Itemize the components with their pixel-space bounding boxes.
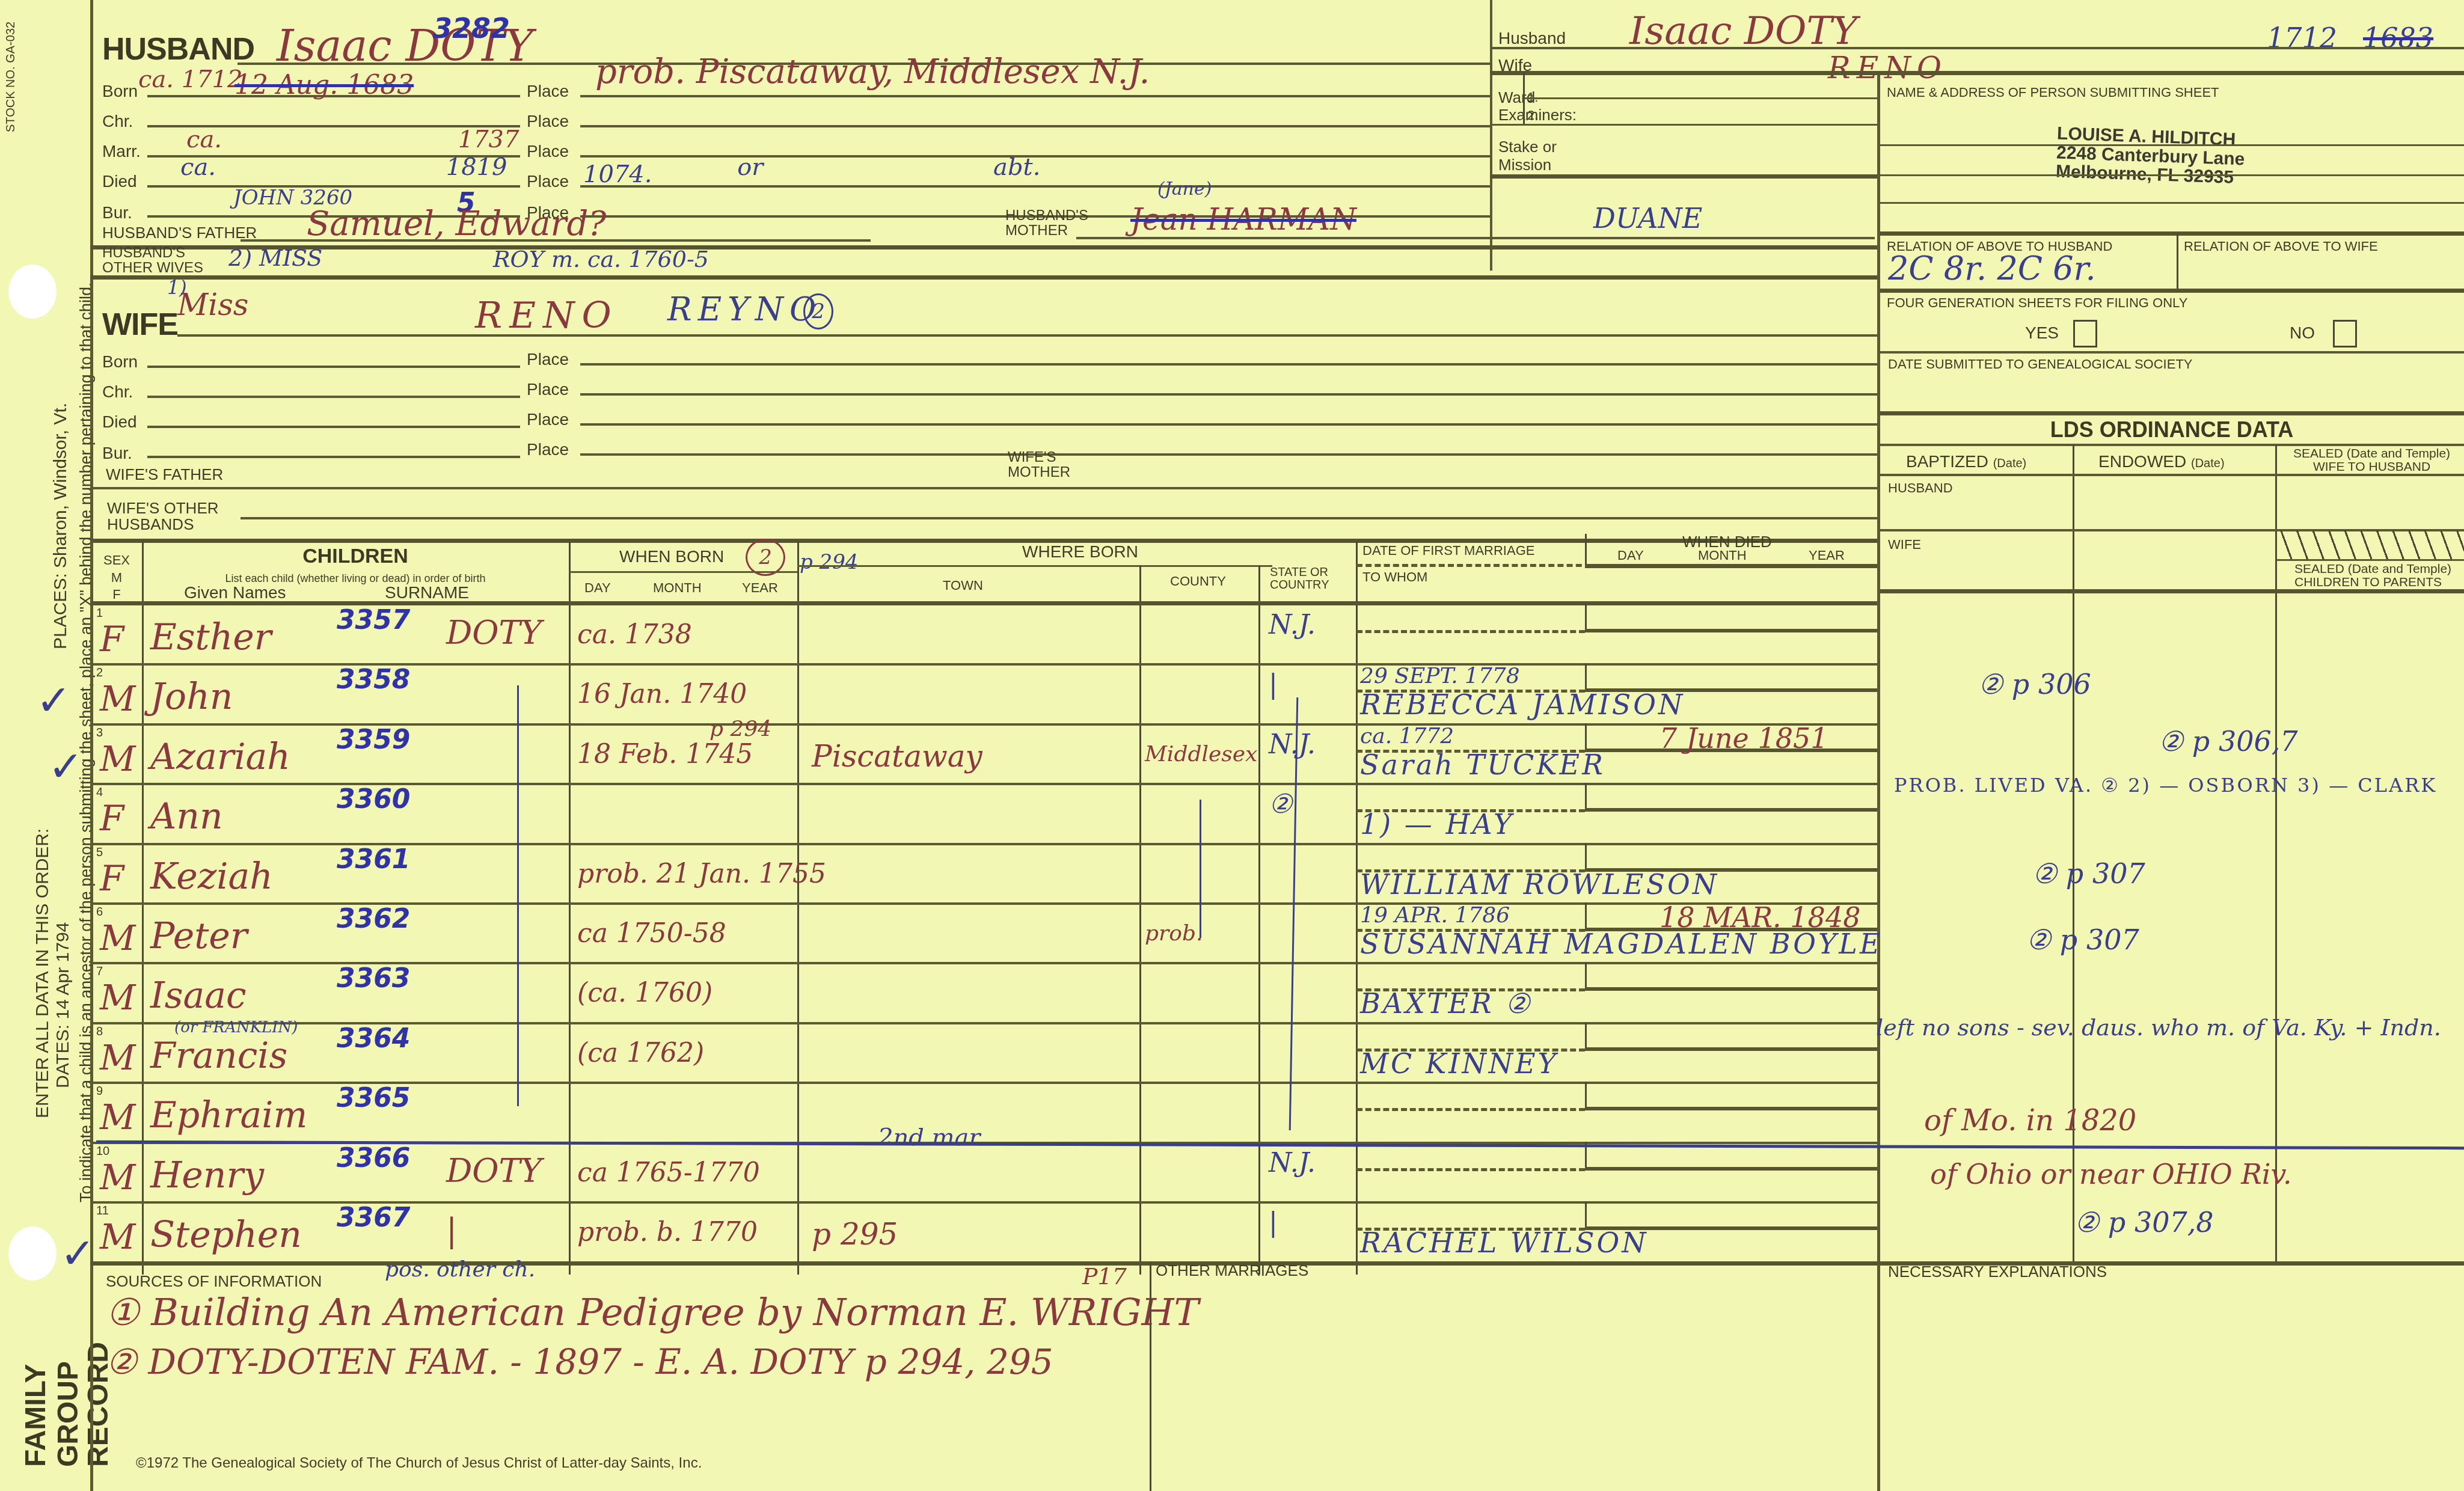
husband-mother-annotation: (Jane) [1157, 180, 1212, 198]
lds-note-7: left no sons - sev. daus. who m. of Va. … [1876, 1016, 2441, 1039]
line [1880, 351, 2464, 354]
child-given-name[interactable]: Isaac [150, 978, 247, 1014]
wife-name-prefix[interactable]: Miss [177, 290, 249, 320]
child-birth-date[interactable]: ca 1750-58 [577, 920, 726, 947]
child-birth-state[interactable]: N.J. [1269, 1150, 1316, 1177]
line [1524, 97, 1877, 99]
line [1139, 565, 1141, 1275]
yes-label: YES [2025, 325, 2059, 341]
child-spouse[interactable]: RACHEL WILSON [1360, 1229, 1648, 1257]
child-birth-date[interactable]: prob. 21 Jan. 1755 [577, 861, 826, 887]
died-day-label: DAY [1617, 548, 1644, 562]
place-label: Place [527, 113, 569, 130]
line [1490, 237, 1875, 239]
divider [1585, 564, 1877, 568]
child-id[interactable]: 3358 [337, 664, 410, 695]
row-number: 7 [96, 966, 103, 978]
child-spouse[interactable]: SUSANNAH MAGDALEN BOYLE [1360, 930, 1883, 958]
child-spouse[interactable]: Sarah TUCKER [1360, 751, 1605, 779]
husband-other-wives[interactable]: 2) MISS [228, 246, 322, 269]
child-birth-county[interactable]: Middlesex [1145, 744, 1257, 765]
form-title-2: GROUP [52, 1361, 85, 1467]
child-birth-state[interactable]: N.J. [1269, 612, 1316, 638]
row-number: 3 [96, 727, 103, 739]
sealed-wife-label: SEALED (Date and Temple) WIFE TO HUSBAND [2293, 447, 2450, 474]
child-sex[interactable]: M [100, 1219, 135, 1254]
examiner-2[interactable]: 2. [1527, 108, 1538, 122]
child-spouse[interactable]: REBECCA JAMISON [1360, 691, 1685, 718]
line [1880, 144, 2464, 146]
place-label: Place [527, 411, 569, 428]
line [2073, 445, 2074, 1263]
child-spouse[interactable]: WILLIAM ROWLESON [1360, 871, 1719, 898]
line [569, 541, 571, 1275]
died-divider [1585, 962, 1587, 990]
child-birth-state[interactable]: ② [1269, 791, 1292, 818]
child-sex[interactable]: M [100, 1100, 135, 1134]
baptized-label: BAPTIZED (Date) [1906, 453, 2026, 470]
child-birth-date[interactable]: prob. b. 1770 [577, 1219, 758, 1246]
bracket-line [1200, 800, 1201, 938]
wife-name[interactable]: RENO [475, 298, 619, 334]
line [2177, 233, 2178, 289]
sex-header: SEX M F [103, 552, 130, 604]
child-spouse[interactable]: BAXTER ② [1360, 990, 1533, 1017]
husband-father[interactable]: Samuel, Edward? [307, 207, 606, 241]
line [1258, 565, 1260, 1275]
child-spouse[interactable]: 1) — HAY [1360, 810, 1514, 838]
wife-chr-label: Chr. [102, 384, 133, 400]
line [1490, 124, 1877, 126]
child-id[interactable]: 3367 [337, 1202, 410, 1233]
child-given-name[interactable]: Esther [150, 619, 272, 655]
wife-bur-label: Bur. [102, 445, 132, 462]
row-number: 4 [96, 786, 103, 799]
lds-note-10: ② p 307,8 [2074, 1208, 2214, 1236]
right-husband-label: Husband [1498, 30, 1566, 47]
line [1880, 174, 2464, 176]
line [580, 185, 1490, 188]
lds-note-2: ② p 306,7 [2159, 727, 2298, 755]
husband-other-wives-label: HUSBAND'S OTHER WIVES [102, 245, 203, 275]
line [1076, 237, 1490, 239]
column-border [1877, 72, 1880, 1491]
right-husband-value[interactable]: Isaac DOTY [1629, 12, 1857, 51]
line [142, 541, 144, 1275]
place-label: Place [527, 83, 569, 100]
child-id[interactable]: 3357 [337, 605, 410, 635]
died-divider [1585, 843, 1587, 871]
frame-border [90, 0, 93, 1491]
line [1490, 47, 2464, 49]
line [580, 423, 1877, 426]
marriage-divider [1356, 1108, 1585, 1111]
wife-other-husbands-label: WIFE'S OTHER HUSBANDS [107, 500, 219, 533]
relation-wife-label: RELATION OF ABOVE TO WIFE [2184, 239, 2378, 253]
divider [1880, 231, 2464, 236]
when-born-page: p 294 [800, 552, 858, 572]
died-divider [1585, 902, 1587, 930]
margin-places: PLACES: Sharon, Windsor, Vt. [51, 403, 71, 649]
child-birth-state[interactable]: | [1269, 1210, 1278, 1236]
checkmark-icon: ✓ [48, 745, 84, 788]
line [797, 565, 1272, 567]
when-born-label: WHEN BORN [619, 548, 724, 565]
divider [1880, 589, 2464, 593]
wife-born-label: Born [102, 354, 138, 370]
line [1880, 202, 2464, 204]
where-born-label: WHERE BORN [1022, 543, 1138, 560]
submitter-label: NAME & ADDRESS OF PERSON SUBMITTING SHEE… [1887, 85, 2219, 99]
form-title: FAMILY [22, 1364, 51, 1467]
child-sex[interactable]: M [100, 681, 135, 716]
punch-hole [8, 1226, 57, 1281]
child-id[interactable]: 3359 [337, 724, 410, 755]
when-born-source: 2 [746, 539, 785, 576]
relation-husband-value[interactable]: 2C 8r. 2C 6r. [1888, 253, 2096, 285]
four-gen-label: FOUR GENERATION SHEETS FOR FILING ONLY [1887, 296, 2187, 310]
child-birth-date[interactable]: (ca. 1760) [577, 980, 713, 1006]
endowed-label: ENDOWED (Date) [2098, 453, 2225, 470]
child-surname[interactable]: DOTY [446, 1155, 542, 1187]
place-label: Place [527, 173, 569, 190]
died-divider [1585, 604, 1587, 631]
husband-died-place[interactable]: 1074. [583, 162, 652, 186]
lds-note-8: of Mo. in 1820 [1924, 1106, 2136, 1135]
child-sex[interactable]: M [100, 741, 135, 776]
lds-note-4: ② p 307 [2032, 860, 2145, 887]
no-checkbox[interactable] [2333, 320, 2357, 347]
given-names-label: Given Names [184, 584, 286, 601]
child-given-name[interactable]: Ann [150, 798, 223, 834]
bracket-line [1289, 697, 1299, 1130]
child-sex[interactable]: F [100, 801, 124, 836]
lds-title: LDS ORDINANCE DATA [1880, 417, 2464, 442]
child-birth-date[interactable]: (ca 1762) [577, 1040, 704, 1067]
row-number: 1 [96, 607, 103, 620]
died-divider [1585, 1082, 1587, 1109]
line [1880, 444, 2464, 446]
child-birth-state[interactable]: | [1269, 672, 1278, 698]
husband-born[interactable]: ca. 1712 [138, 67, 242, 91]
line [177, 334, 1877, 337]
child-given-name[interactable]: Keziah [150, 859, 273, 895]
stock-number: STOCK NO. GA-032 [5, 22, 17, 132]
born-label: Born [102, 83, 138, 100]
child-id[interactable]: 3361 [337, 844, 410, 875]
lds-note-1: ② p 306 [1978, 670, 2091, 698]
husband-label: HUSBAND [102, 31, 254, 67]
child-marriage-date[interactable]: 19 APR. 1786 [1360, 905, 1510, 926]
died-label: Died [102, 173, 137, 190]
month-label: MONTH [653, 581, 702, 595]
line [2275, 445, 2277, 1263]
column-border [1490, 0, 1492, 271]
divider [90, 539, 1877, 543]
line [147, 396, 520, 398]
died-divider [1585, 663, 1587, 691]
line [580, 453, 1877, 456]
wife-father-label: WIFE'S FATHER [106, 467, 223, 482]
day-label: DAY [584, 581, 611, 595]
place-label: Place [527, 381, 569, 398]
child-given-name[interactable]: Azariah [150, 739, 290, 775]
child-birth-county[interactable]: prob. [1145, 923, 1203, 945]
source-circle: 2 [803, 293, 833, 329]
stake-label: Stake or Mission [1498, 138, 1557, 174]
child-birth-note[interactable]: p 294 [709, 718, 771, 740]
state-label: STATE OR COUNTRY [1270, 566, 1329, 592]
husband-id: 3282 [433, 12, 510, 44]
line [797, 541, 799, 1275]
child-id[interactable]: 3365 [337, 1083, 410, 1113]
punch-hole [8, 265, 57, 319]
child-id[interactable]: 3360 [337, 784, 410, 815]
child-surname[interactable]: | [446, 1214, 457, 1247]
divider [1880, 411, 2464, 415]
child-id[interactable]: 3363 [337, 963, 410, 994]
margin-order: ENTER ALL DATA IN THIS ORDER: [32, 828, 53, 1118]
child-birth-town[interactable]: p 295 [812, 1219, 898, 1249]
place-label: Place [527, 351, 569, 368]
wife-name-alt[interactable]: REYNO [667, 293, 822, 326]
died-line [1585, 987, 1877, 991]
line [1585, 534, 1587, 564]
line [90, 487, 1877, 489]
no-label: NO [2290, 325, 2315, 341]
child-death-date[interactable]: 7 June 1851 [1660, 724, 1828, 752]
yes-checkbox[interactable] [2073, 320, 2097, 347]
child-id[interactable]: 3364 [337, 1023, 410, 1054]
child-birth-date[interactable]: ca 1765-1770 [577, 1160, 760, 1186]
child-sex[interactable]: M [100, 920, 135, 955]
town-label: TOWN [943, 578, 983, 592]
surname-label: SURNAME [385, 584, 469, 601]
died-line [1585, 808, 1877, 812]
line [1150, 1263, 1151, 1491]
wife-label: WIFE [102, 307, 178, 343]
child-sex[interactable]: M [100, 1040, 135, 1075]
died-line [1585, 1167, 1877, 1171]
marr-label: Marr. [102, 143, 141, 160]
died-divider [1585, 723, 1587, 751]
sealed-children-label: SEALED (Date and Temple) CHILDREN TO PAR… [2294, 563, 2451, 589]
hatched-area [2276, 530, 2464, 559]
lds-note-3: PROB. LIVED VA. ② 2) — OSBORN 3) — CLARK [1894, 776, 2437, 795]
wife-mother-label: WIFE'S MOTHER [1008, 450, 1070, 480]
second-marriage-note: 2nd mar. [878, 1125, 985, 1150]
lds-husband-row: HUSBAND [1888, 481, 1953, 495]
husband-mother[interactable]: DUANE [1593, 204, 1702, 232]
marriage-divider [1356, 1168, 1585, 1171]
child-birth-date[interactable]: 18 Feb. 1745 [577, 741, 753, 768]
child-marriage-date[interactable]: 29 SEPT. 1778 [1360, 666, 1520, 687]
child-birth-date[interactable]: ca. 1738 [577, 622, 692, 648]
sources-note: pos. other ch. [385, 1259, 535, 1281]
child-given-name[interactable]: Ephraim [150, 1097, 307, 1133]
child-given-name[interactable]: Francis [150, 1038, 287, 1074]
date-submitted-label: DATE SUBMITTED TO GENEALOGICAL SOCIETY [1888, 357, 2193, 371]
wife-died-label: Died [102, 414, 137, 430]
children-header: CHILDREN [142, 545, 569, 568]
row-number: 9 [96, 1085, 103, 1098]
bur-label: Bur. [102, 204, 132, 221]
husband-born-struck: 12 Aug. 1683 [234, 72, 414, 99]
line [580, 125, 1490, 127]
line [580, 393, 1877, 396]
died-year-label: YEAR [1809, 548, 1845, 562]
child-id[interactable]: 3362 [337, 904, 410, 934]
row-number: 11 [96, 1205, 109, 1217]
sources-label: SOURCES OF INFORMATION [106, 1273, 322, 1289]
line [1356, 541, 1358, 1275]
child-birth-town[interactable]: Piscataway [812, 741, 982, 771]
checkmark-icon: ✓ [36, 679, 72, 721]
chr-label: Chr. [102, 113, 133, 130]
child-sex[interactable]: M [100, 1160, 135, 1195]
child-marriage-date[interactable]: ca. 1772 [1360, 726, 1454, 747]
husband-born-place[interactable]: prob. Piscataway, Middlesex N.J. [595, 55, 1150, 89]
died-month-label: MONTH [1698, 548, 1747, 562]
line [147, 426, 520, 428]
died-line [1585, 1107, 1877, 1110]
line [580, 95, 1490, 97]
line [147, 456, 520, 458]
child-given-name[interactable]: Peter [150, 918, 247, 954]
lds-wife-row: WIFE [1888, 537, 1921, 551]
place-label: Place [527, 441, 569, 458]
other-marriages-label: OTHER MARRIAGES [1156, 1263, 1308, 1278]
line [2276, 559, 2464, 561]
divider [1880, 289, 2464, 293]
child-given-note[interactable]: (or FRANKLIN) [174, 1020, 298, 1035]
necessary-explanations-label: NECESSARY EXPLANATIONS [1888, 1264, 2107, 1279]
child-death-date[interactable]: 18 MAR. 1848 [1660, 904, 1860, 931]
bracket-line [517, 685, 519, 1106]
margin-dates: DATES: 14 Apr 1794 [53, 922, 73, 1088]
row-number: 8 [96, 1026, 103, 1038]
source-item-1: ① Building An American Pedigree by Norma… [106, 1294, 1199, 1331]
child-id[interactable]: 3366 [337, 1143, 410, 1174]
child-given-name[interactable]: Henry [150, 1157, 264, 1193]
first-marriage-label: DATE OF FIRST MARRIAGE [1362, 543, 1534, 557]
submitter-stamp: LOUISE A. HILDITCH 2248 Canterbury Lane … [2055, 124, 2246, 188]
husband-mother-struck: Jean HARMAN [1130, 204, 1356, 234]
died-line [1585, 1047, 1877, 1051]
child-surname[interactable]: DOTY [446, 617, 542, 649]
died-divider [1585, 783, 1587, 810]
child-sex[interactable]: F [100, 622, 124, 657]
row-number: 10 [96, 1145, 109, 1158]
husband-other-wives-2[interactable]: ROY m. ca. 1760-5 [493, 248, 709, 271]
lds-note-5: ② p 307 [2026, 926, 2139, 954]
copyright: ©1972 The Genealogical Society of The Ch… [136, 1455, 702, 1472]
row-number: 2 [96, 667, 103, 679]
died-divider [1585, 1201, 1587, 1229]
county-label: COUNTY [1170, 574, 1226, 588]
line [147, 366, 520, 368]
year-label: YEAR [742, 581, 778, 595]
source-item-2: ② DOTY-DOTEN FAM. - 1897 - E. A. DOTY p … [106, 1344, 1053, 1379]
child-birth-state[interactable]: N.J. [1269, 732, 1316, 758]
divider [90, 245, 1877, 250]
child-given-name[interactable]: Stephen [150, 1217, 302, 1253]
child-sex[interactable]: M [100, 980, 135, 1015]
lds-note-9: of Ohio or near OHIO Riv. [1930, 1160, 2292, 1188]
died-divider [1585, 1022, 1587, 1050]
to-whom-label: TO WHOM [1362, 570, 1427, 584]
husband-mother-label: HUSBAND'S MOTHER [1005, 208, 1088, 238]
husband-father-label: HUSBAND'S FATHER [102, 225, 257, 240]
line [1356, 564, 1591, 567]
child-birth-date[interactable]: 16 Jan. 1740 [577, 681, 747, 708]
divider [1490, 71, 2464, 75]
line [241, 517, 1877, 519]
right-wife-value[interactable]: RENO [1828, 53, 1948, 83]
sources-page-note: P17 [1082, 1265, 1127, 1288]
died-line [1585, 629, 1877, 632]
divider [1490, 174, 1877, 179]
line [1880, 474, 2464, 476]
marriage-divider [1356, 630, 1585, 633]
row-number: 5 [96, 847, 103, 859]
row-number: 6 [96, 906, 103, 919]
husband-marr[interactable]: ca. 1737 [186, 127, 519, 152]
line [569, 571, 797, 573]
child-spouse[interactable]: MC KINNEY [1360, 1050, 1558, 1077]
child-sex[interactable]: F [100, 861, 124, 896]
divider [90, 275, 1877, 280]
line [580, 363, 1877, 366]
child-given-name[interactable]: John [150, 679, 233, 715]
